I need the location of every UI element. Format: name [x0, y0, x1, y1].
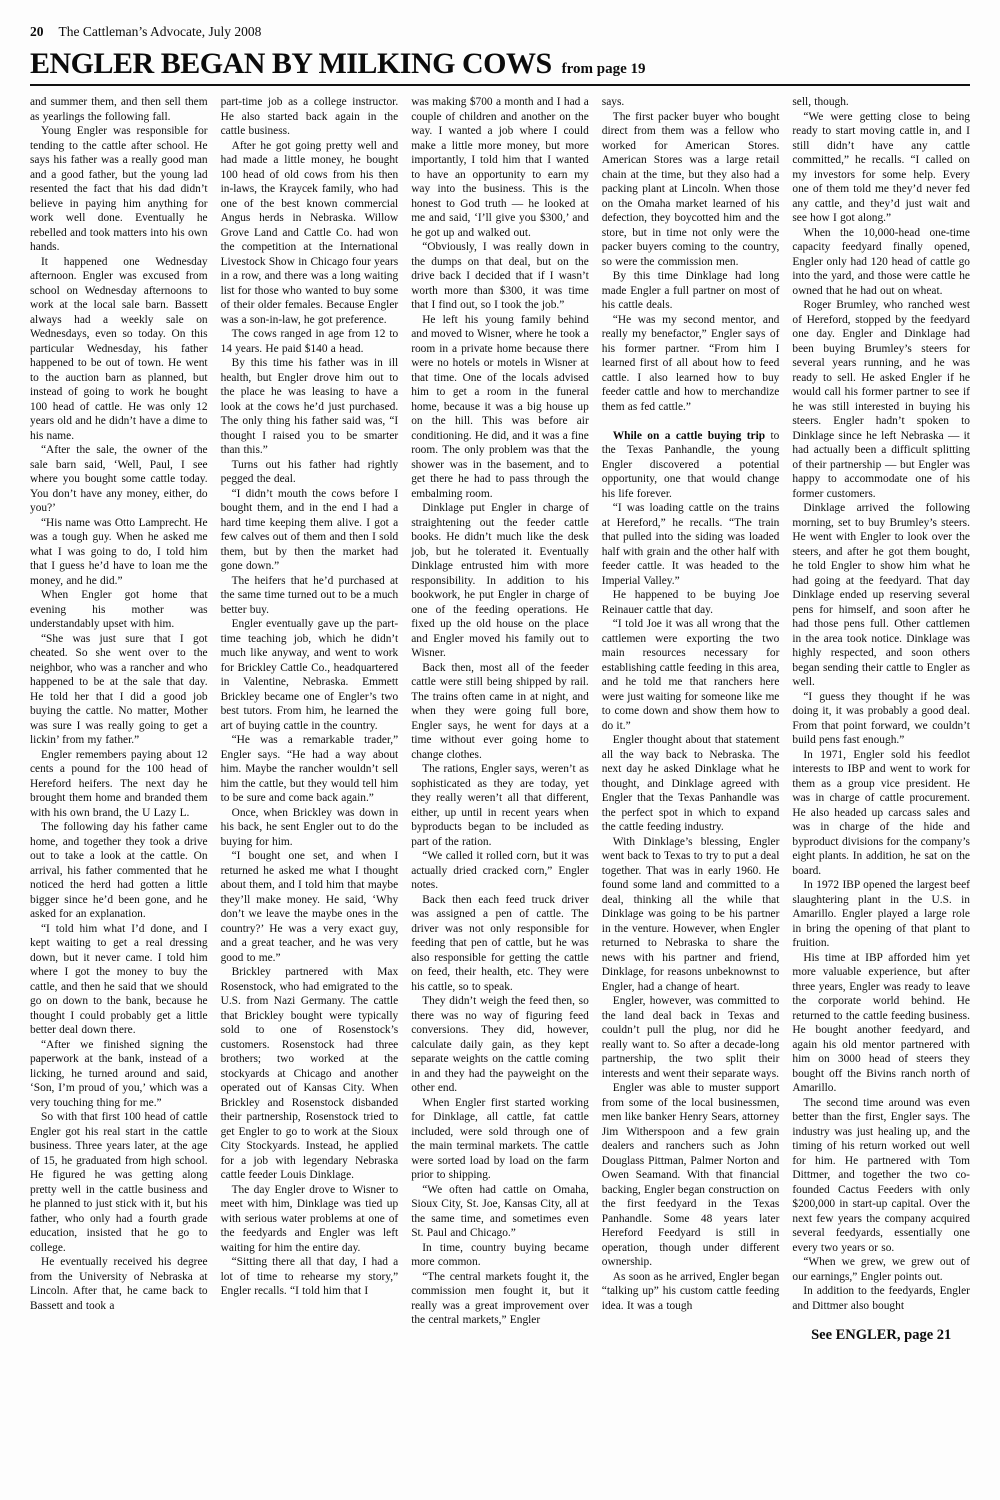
article-paragraph: By this time his father was in ill healt…	[221, 356, 399, 458]
headline-rule	[30, 84, 970, 86]
article-paragraph: When Engler first started working for Di…	[411, 1096, 589, 1183]
article-paragraph: part-time job as a college instructor. H…	[221, 95, 399, 139]
article-paragraph: The first packer buyer who bought direct…	[602, 110, 780, 270]
article-paragraph: Engler was able to muster support from s…	[602, 1081, 780, 1270]
article-paragraph: “His name was Otto Lamprecht. He was a t…	[30, 516, 208, 589]
article-column: says.The first packer buyer who bought d…	[602, 95, 780, 1344]
article-paragraph: The rations, Engler says, weren’t as sop…	[411, 762, 589, 849]
article-paragraph: They didn’t weigh the feed then, so ther…	[411, 994, 589, 1096]
article-paragraph: Engler, however, was committed to the la…	[602, 994, 780, 1081]
article-paragraph: He left his young family behind and move…	[411, 313, 589, 502]
article-paragraph: sell, though.	[792, 95, 970, 110]
article-columns: and summer them, and then sell them as y…	[30, 95, 970, 1344]
article-paragraph: Dinklage put Engler in charge of straigh…	[411, 501, 589, 661]
bold-lead-in: While on a cattle buying trip	[613, 430, 765, 442]
newspaper-page: 20 The Cattleman’s Advocate, July 2008 E…	[0, 0, 1000, 1500]
article-paragraph: In addition to the feedyards, Engler and…	[792, 1284, 970, 1313]
article-paragraph: Engler eventually gave up the part-time …	[221, 617, 399, 733]
article-paragraph: “When we grew, we grew out of our earnin…	[792, 1255, 970, 1284]
publication-title: The Cattleman’s Advocate, July 2008	[59, 24, 262, 39]
article-column: sell, though.“We were getting close to b…	[792, 95, 970, 1344]
article-paragraph: “I told him what I’d done, and I kept wa…	[30, 922, 208, 1038]
article-paragraph: “I was loading cattle on the trains at H…	[602, 501, 780, 588]
article-paragraph: Roger Brumley, who ranched west of Heref…	[792, 298, 970, 501]
article-paragraph: Dinklage arrived the following morning, …	[792, 501, 970, 690]
article-paragraph: When Engler got home that evening his mo…	[30, 588, 208, 632]
article-paragraph: Engler thought about that statement all …	[602, 733, 780, 835]
article-paragraph: He eventually received his degree from t…	[30, 1255, 208, 1313]
article-column: was making $700 a month and I had a coup…	[411, 95, 589, 1344]
jump-to-line: See ENGLER, page 21	[792, 1327, 970, 1344]
article-paragraph: The following day his father came home, …	[30, 820, 208, 922]
article-paragraph: So with that first 100 head of cattle En…	[30, 1110, 208, 1255]
article-paragraph: “I told Joe it was all wrong that the ca…	[602, 617, 780, 733]
article-paragraph: The heifers that he’d purchased at the s…	[221, 574, 399, 618]
article-paragraph: In 1972 IBP opened the largest beef slau…	[792, 878, 970, 951]
article-paragraph: By this time Dinklage had long made Engl…	[602, 269, 780, 313]
article-paragraph: “We often had cattle on Omaha, Sioux Cit…	[411, 1183, 589, 1241]
article-paragraph: “I bought one set, and when I returned h…	[221, 849, 399, 965]
article-paragraph: Back then each feed truck driver was ass…	[411, 893, 589, 995]
article-paragraph: “After we finished signing the paperwork…	[30, 1038, 208, 1111]
article-paragraph: The day Engler drove to Wisner to meet w…	[221, 1183, 399, 1256]
article-paragraph: and summer them, and then sell them as y…	[30, 95, 208, 124]
article-paragraph: Engler remembers paying about 12 cents a…	[30, 748, 208, 821]
article-headline: ENGLER BEGAN BY MILKING COWS	[30, 48, 552, 80]
article-paragraph: His time at IBP afforded him yet more va…	[792, 951, 970, 1096]
article-paragraph: Once, when Brickley was down in his back…	[221, 806, 399, 850]
article-paragraph: Turns out his father had rightly pegged …	[221, 458, 399, 487]
article-paragraph: “Obviously, I was really down in the dum…	[411, 240, 589, 313]
article-paragraph: “The central markets fought it, the comm…	[411, 1270, 589, 1328]
article-paragraph: With Dinklage’s blessing, Engler went ba…	[602, 835, 780, 995]
article-paragraph: As soon as he arrived, Engler began “tal…	[602, 1270, 780, 1314]
article-paragraph: was making $700 a month and I had a coup…	[411, 95, 589, 240]
page-number: 20	[30, 24, 44, 39]
jump-from-line: from page 19	[562, 61, 646, 78]
article-column: and summer them, and then sell them as y…	[30, 95, 208, 1344]
article-paragraph: Young Engler was responsible for tending…	[30, 124, 208, 255]
article-paragraph: “I didn’t mouth the cows before I bought…	[221, 487, 399, 574]
headline-row: ENGLER BEGAN BY MILKING COWS from page 1…	[30, 48, 970, 80]
article-paragraph: “I guess they thought if he was doing it…	[792, 690, 970, 748]
article-paragraph: “We were getting close to being ready to…	[792, 110, 970, 226]
article-paragraph: says.	[602, 95, 780, 110]
article-paragraph: Brickley partnered with Max Rosenstock, …	[221, 965, 399, 1183]
article-paragraph: Back then, most all of the feeder cattle…	[411, 661, 589, 763]
article-paragraph: In 1971, Engler sold his feedlot interes…	[792, 748, 970, 879]
article-paragraph: It happened one Wednesday afternoon. Eng…	[30, 255, 208, 444]
article-paragraph: “After the sale, the owner of the sale b…	[30, 443, 208, 516]
article-paragraph: “He was a remarkable trader,” Engler say…	[221, 733, 399, 806]
article-paragraph: The second time around was even better t…	[792, 1096, 970, 1256]
article-paragraph: In time, country buying became more comm…	[411, 1241, 589, 1270]
article-paragraph: When the 10,000-head one-time capacity f…	[792, 226, 970, 299]
article-paragraph: While on a cattle buying trip to the Tex…	[602, 429, 780, 502]
article-paragraph: The cows ranged in age from 12 to 14 yea…	[221, 327, 399, 356]
article-paragraph: After he got going pretty well and had m…	[221, 139, 399, 328]
article-paragraph: “She was just sure that I got cheated. S…	[30, 632, 208, 748]
article-paragraph: “Sitting there all that day, I had a lot…	[221, 1255, 399, 1299]
article-paragraph: “He was my second mentor, and really my …	[602, 313, 780, 415]
article-paragraph: “We called it rolled corn, but it was ac…	[411, 849, 589, 893]
article-paragraph: He happened to be buying Joe Reinauer ca…	[602, 588, 780, 617]
masthead: 20 The Cattleman’s Advocate, July 2008	[30, 24, 970, 39]
article-column: part-time job as a college instructor. H…	[221, 95, 399, 1344]
